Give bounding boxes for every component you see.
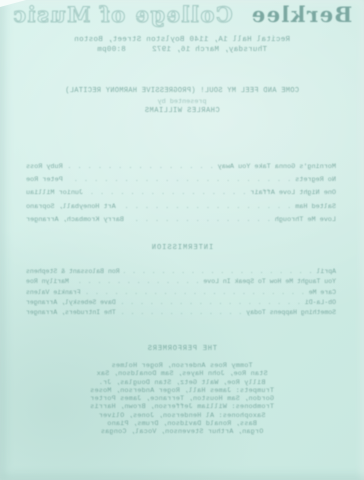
dot-leader: . . . . . . . . . . . . . . . . . . . . … <box>67 176 291 184</box>
song-title: Love Me Through <box>275 216 336 224</box>
song-title: You Taught Me How To Speak In Love <box>203 278 336 285</box>
venue-line: Recital Hall 1A, 1140 Boylston Street, B… <box>0 36 364 44</box>
program-row: Ob-La-Di . . . . . . . . . . . . . . . .… <box>26 299 336 309</box>
program-row: One Night Love Affair . . . . . . . . . … <box>26 189 336 202</box>
intermission-heading: INTERMISSION <box>0 244 364 252</box>
song-title: April <box>316 268 336 275</box>
program-row: Something Happens Today . . . . . . . . … <box>26 309 336 319</box>
performer-credit: Ruby Ross <box>26 163 63 171</box>
dot-leader: . . . . . . . . . . . . . . . . . . . . … <box>120 299 301 306</box>
performer-credit: Barry Krombach, Arranger <box>26 216 124 224</box>
performers-line: Organ, Arthur Stevenson, Vocal, Congas <box>0 428 364 436</box>
program-row: No Regrets . . . . . . . . . . . . . . .… <box>26 176 336 189</box>
performers-line: Stan Roe, John Hayes, Sam Donaldson, Sax <box>0 370 364 378</box>
performer-credit: Junior Milliau <box>26 189 83 197</box>
dot-leader: . . . . . . . . . . . . . . . . . . . . … <box>73 278 199 285</box>
dot-leader: . . . . . . . . . . . . . . . . . . . . … <box>128 216 271 224</box>
date-text: Thursday, March 16, 1972 <box>152 46 267 54</box>
program-row: Care Me . . . . . . . . . . . . . . . . … <box>26 289 336 299</box>
time-text: 8:00pm <box>97 46 126 54</box>
performers-line: Saxophones: Al Henderson, Jones, Oliver <box>0 412 364 420</box>
brand-logo-berklee: Berklee <box>250 2 352 27</box>
dot-leader: . . . . . . . . . . . . . . . . . . . . … <box>85 289 305 296</box>
program-row: Salted Ham . . . . . . . . . . . . . . .… <box>26 203 336 216</box>
performers-line: Gordon, Sam Houston, Terrance, James Por… <box>0 395 364 403</box>
brand-logo: Berklee College of Music <box>0 2 364 27</box>
performer-credit: Ron Balossant & Stephens <box>26 268 120 275</box>
date-line: Thursday, March 16, 19728:00pm <box>0 46 364 54</box>
set-one-list: Morning's Gonna Take You Away . . . . . … <box>26 163 336 229</box>
presenter-name: CHARLES WILLIAMS <box>0 107 364 115</box>
program-row: Love Me Through . . . . . . . . . . . . … <box>26 216 336 229</box>
performers-line: Billy Roe, Walt Getz, Stan Douglas, Jr. <box>0 379 364 387</box>
dot-leader: . . . . . . . . . . . . . . . . . . . . … <box>67 163 214 171</box>
program-row: April . . . . . . . . . . . . . . . . . … <box>26 268 336 278</box>
program-row: You Taught Me How To Speak In Love . . .… <box>26 278 336 288</box>
song-title: Care Me <box>309 289 336 296</box>
performer-credit: Frankie Valens <box>26 289 81 296</box>
performers-line: Bass, Ronald Davidson, Drums, Piano <box>0 420 364 428</box>
performers-line: Trombones: William Jefferson, Brown, Har… <box>0 403 364 411</box>
song-title: Salted Ham <box>295 203 336 211</box>
performer-credit: Peter Roe <box>26 176 63 184</box>
performers-list: Tommy Roes Anderson, Roger Holmes Stan R… <box>0 362 364 437</box>
song-title: Morning's Gonna Take You Away <box>218 163 336 171</box>
bleed-through-mirrored-layer: Berklee College of Music Recital Hall 1A… <box>0 0 364 480</box>
set-two-list: April . . . . . . . . . . . . . . . . . … <box>26 268 336 319</box>
song-title: No Regrets <box>295 176 336 184</box>
scanned-paper-sheet: Berklee College of Music Recital Hall 1A… <box>0 0 364 480</box>
performers-heading: THE PERFORMERS <box>0 345 364 353</box>
song-title: Ob-La-Di <box>305 299 336 306</box>
program-title: COME AND FEEL MY SOUL! (PROGRESSIVE HARM… <box>0 87 364 95</box>
performer-credit: The Intruders, Arranger <box>26 309 116 316</box>
dot-leader: . . . . . . . . . . . . . . . . . . . . … <box>120 203 291 211</box>
performers-line: Trumpets: James Hall, Roger Anderson, Mo… <box>0 387 364 395</box>
performer-credit: Marilyn Roe <box>26 278 69 285</box>
song-title: Something Happens Today <box>246 309 336 316</box>
dot-leader: . . . . . . . . . . . . . . . . . . . . … <box>120 309 243 316</box>
dot-leader: . . . . . . . . . . . . . . . . . . . . … <box>124 268 313 275</box>
performers-line: Tommy Roes Anderson, Roger Holmes <box>0 362 364 370</box>
program-row: Morning's Gonna Take You Away . . . . . … <box>26 163 336 176</box>
presented-by-label: presented by <box>0 98 364 106</box>
performer-credit: Art Honeyball, Soprano <box>26 203 116 211</box>
dot-leader: . . . . . . . . . . . . . . . . . . . . … <box>87 189 246 197</box>
brand-logo-college-of-music: College of Music <box>12 2 242 27</box>
performer-credit: Dave Sebeskyl, Arranger <box>26 299 116 306</box>
song-title: One Night Love Affair <box>250 189 336 197</box>
